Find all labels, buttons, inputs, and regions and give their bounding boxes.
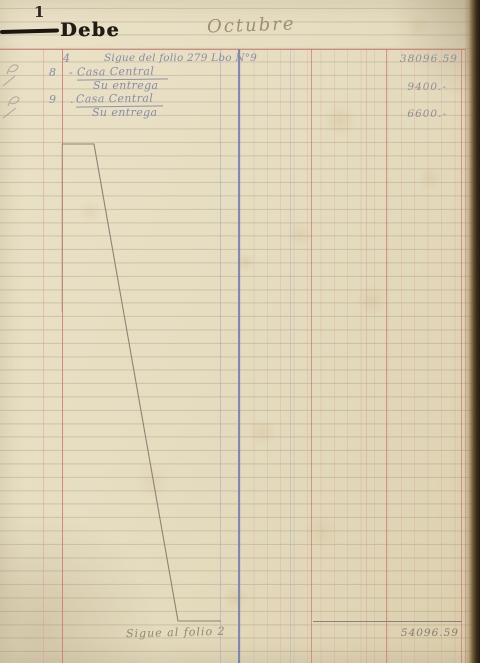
entry-day: 9 <box>49 93 56 106</box>
column-rule-gray <box>290 49 291 663</box>
entry-description: Su entrega <box>92 106 158 119</box>
entry-description: Su entrega <box>93 79 159 92</box>
ledger-page: 1 Debe Octubre 4 Sigue del folio 279 Lbo… <box>0 0 480 663</box>
column-rule-blue <box>238 49 240 663</box>
entry-description: Sigue del folio 279 Lbo N°9 <box>104 52 257 64</box>
column-rule-pink-2 <box>386 49 387 663</box>
column-rule-pink-faint <box>366 49 367 663</box>
entry-day: 4 <box>63 52 70 65</box>
column-rule-blue-faint <box>220 49 221 663</box>
margin-pencil-mark-icon <box>3 65 19 118</box>
carry-forward-note: Sigue al folio 2 <box>126 625 226 641</box>
entry-separator: - <box>69 66 73 79</box>
column-rule-date-left <box>43 49 44 663</box>
entry-amount: 6600.- <box>396 108 447 120</box>
header-rule <box>0 49 466 50</box>
page-total: 54096.59 <box>399 627 459 639</box>
entry-amount: 9400.- <box>396 81 447 93</box>
entry-separator: . <box>70 93 74 106</box>
money-column-grid <box>240 49 461 663</box>
column-rule-pink-1 <box>311 49 312 663</box>
page-title-debit: Debe <box>60 19 120 41</box>
entry-amount: 38096.59 <box>396 53 458 65</box>
column-rule-date-right <box>62 49 63 663</box>
page-number: 1 <box>34 3 44 21</box>
header-dash-icon <box>2 31 57 33</box>
column-rule-pink-3 <box>461 49 462 663</box>
page-binding-edge <box>464 0 480 663</box>
month-heading: Octubre <box>207 13 296 37</box>
entry-day: 8 <box>49 66 56 79</box>
